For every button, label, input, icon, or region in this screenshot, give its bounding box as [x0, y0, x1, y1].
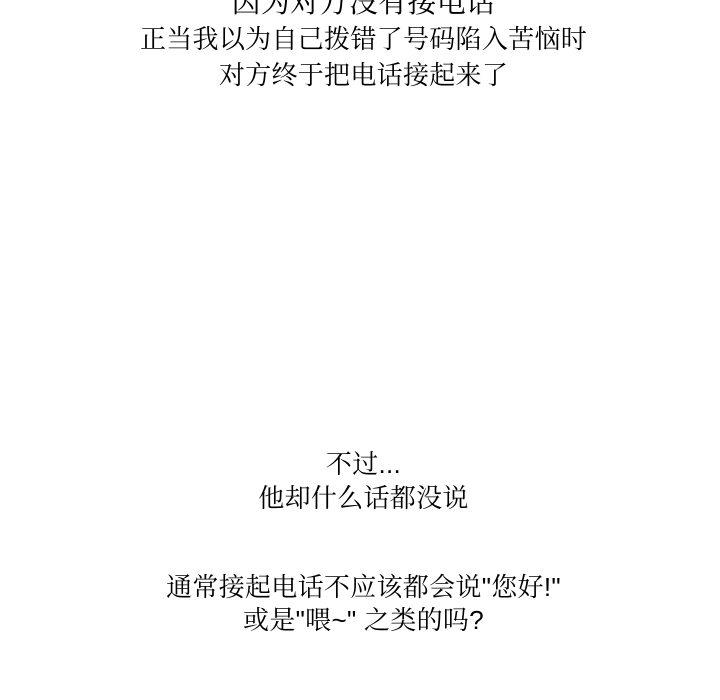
narration-middle-line-1: 不过... [7, 447, 720, 481]
narration-bottom-line-2: 或是"喂~" 之类的吗? [7, 604, 720, 637]
narration-top-line-1: 因为对方没有接电话 [7, 0, 720, 21]
narration-middle-line-2: 他却什么话都没说 [7, 481, 720, 515]
narration-bottom-line-1: 通常接起电话不应该都会说"您好!" [7, 571, 720, 604]
narration-top-line-2: 正当我以为自己拨错了号码陷入苦恼时 [7, 21, 720, 57]
narration-top-line-3: 对方终于把电话接起来了 [7, 57, 720, 93]
comic-page: 因为对方没有接电话 正当我以为自己拨错了号码陷入苦恼时 对方终于把电话接起来了 … [0, 0, 720, 700]
